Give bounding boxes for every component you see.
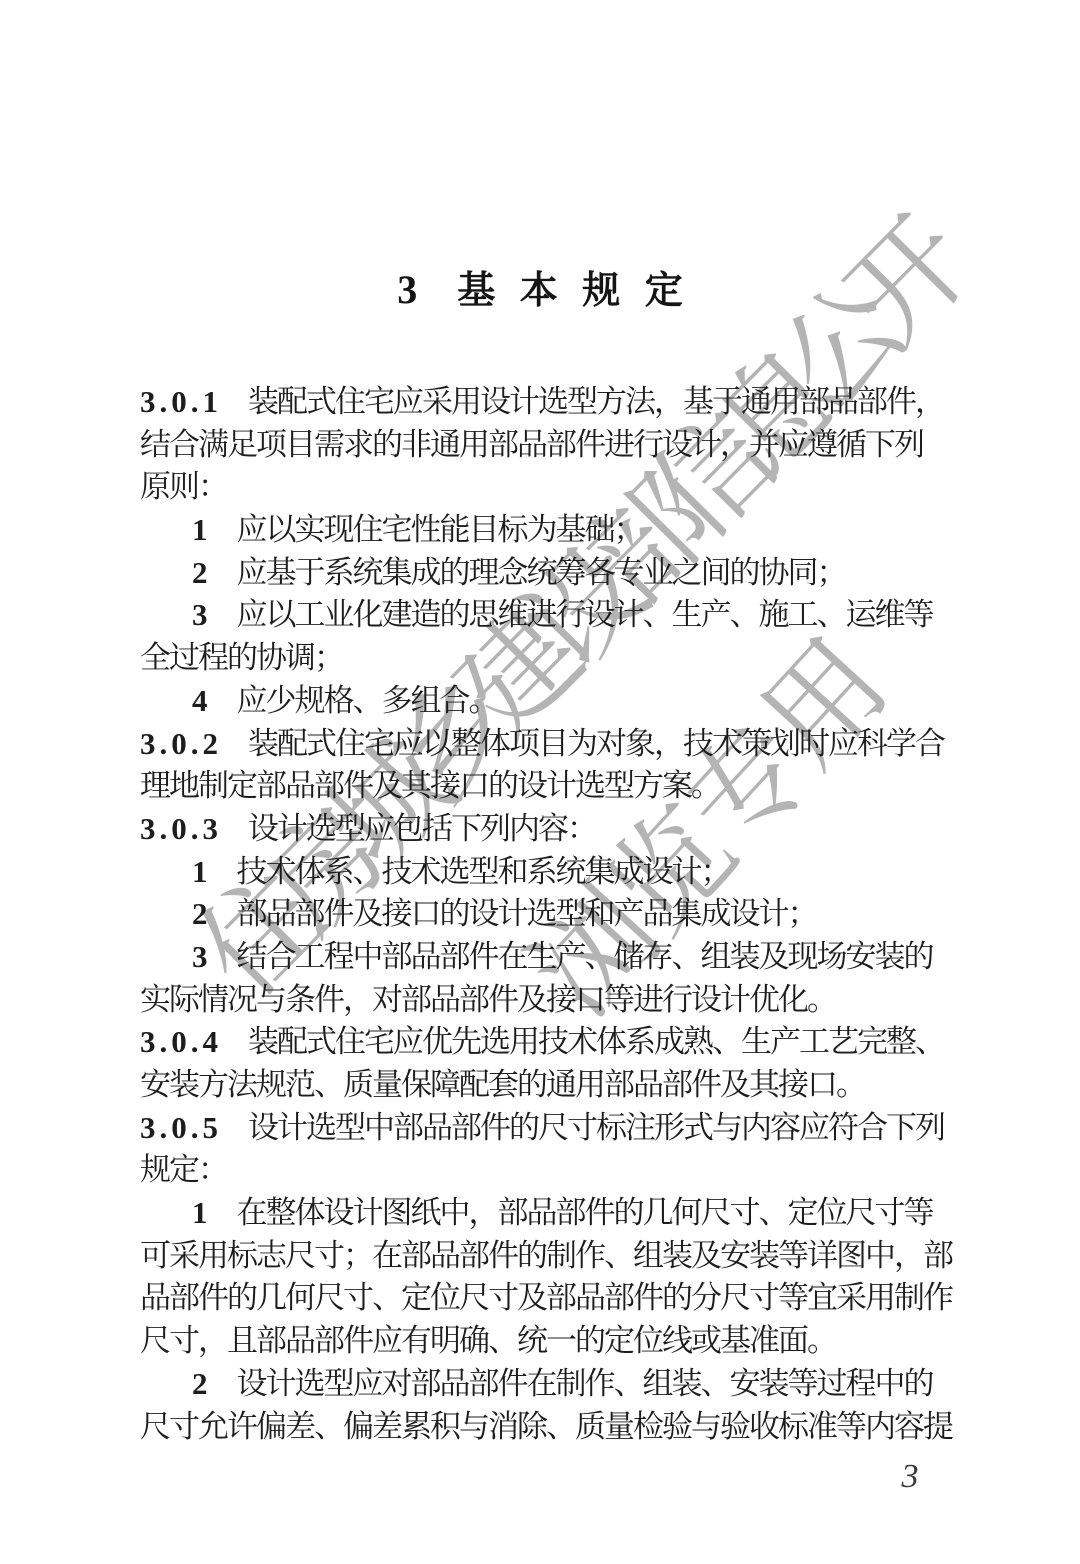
line-text: 部品部件及接口的设计选型和产品集成设计； bbox=[237, 896, 817, 931]
clause-number: 3.0.4 bbox=[140, 1024, 222, 1059]
clause-number: 3.0.3 bbox=[140, 811, 222, 846]
line-text: 应少规格、多组合。 bbox=[237, 683, 498, 718]
text-line-1: 1应以实现住宅性能目标为基础； bbox=[140, 509, 940, 552]
line-text: 尺寸，且部品部件应有明确、统一的定位线或基准面。 bbox=[140, 1323, 836, 1358]
line-text: 可采用标志尺寸；在部品部件的制作、组装及安装等详图中，部 bbox=[140, 1238, 952, 1273]
text-line-2: 2设计选型应对部品部件在制作、组装、安装等过程中的 bbox=[140, 1363, 940, 1406]
line-text: 装配式住宅应采用设计选型方法，基于通用部品部件， bbox=[248, 384, 944, 419]
line-text: 装配式住宅应优先选用技术体系成熟、生产工艺完整、 bbox=[248, 1024, 944, 1059]
item-number: 1 bbox=[192, 512, 208, 547]
item-number: 2 bbox=[192, 1366, 208, 1401]
text-line-3.0.4: 3.0.4装配式住宅应优先选用技术体系成熟、生产工艺完整、 bbox=[140, 1021, 940, 1064]
chapter-title-text: 基 本 规 定 bbox=[457, 270, 683, 312]
text-line: 原则： bbox=[140, 466, 940, 509]
line-text: 原则： bbox=[140, 469, 227, 504]
text-line: 结合满足项目需求的非通用部品部件进行设计，并应遵循下列 bbox=[140, 424, 940, 467]
clause-number: 3.0.2 bbox=[140, 726, 222, 761]
text-line: 尺寸允许偏差、偏差累积与消除、质量检验与验收标准等内容提 bbox=[140, 1406, 940, 1449]
line-text: 技术体系、技术选型和系统集成设计； bbox=[237, 854, 730, 889]
line-text: 在整体设计图纸中，部品部件的几何尺寸、定位尺寸等 bbox=[237, 1195, 933, 1230]
line-text: 设计选型应包括下列内容： bbox=[248, 811, 596, 846]
line-text: 安装方法规范、质量保障配套的通用部品部件及其接口。 bbox=[140, 1067, 865, 1102]
item-number: 2 bbox=[192, 555, 208, 590]
text-line-3.0.3: 3.0.3设计选型应包括下列内容： bbox=[140, 808, 940, 851]
text-line-3: 3应以工业化建造的思维进行设计、生产、施工、运维等 bbox=[140, 594, 940, 637]
clause-number: 3.0.1 bbox=[140, 384, 222, 419]
line-text: 设计选型中部品部件的尺寸标注形式与内容应符合下列 bbox=[248, 1110, 944, 1145]
line-text: 应基于系统集成的理念统筹各专业之间的协同； bbox=[237, 555, 846, 590]
item-number: 3 bbox=[192, 939, 208, 974]
line-text: 规定： bbox=[140, 1152, 227, 1187]
text-line: 品部件的几何尺寸、定位尺寸及部品部件的分尺寸等宜采用制作 bbox=[140, 1277, 940, 1320]
line-text: 应以实现住宅性能目标为基础； bbox=[237, 512, 643, 547]
text-line: 尺寸，且部品部件应有明确、统一的定位线或基准面。 bbox=[140, 1320, 940, 1363]
chapter-number: 3 bbox=[397, 267, 417, 312]
line-text: 结合满足项目需求的非通用部品部件进行设计，并应遵循下列 bbox=[140, 427, 923, 462]
document-page: 住房城乡建设部信息公开 浏览专用 3基 本 规 定 3.0.1装配式住宅应采用设… bbox=[0, 0, 1080, 1564]
text-line: 可采用标志尺寸；在部品部件的制作、组装及安装等详图中，部 bbox=[140, 1235, 940, 1278]
text-line-4: 4应少规格、多组合。 bbox=[140, 680, 940, 723]
text-line-3.0.2: 3.0.2装配式住宅应以整体项目为对象，技术策划时应科学合 bbox=[140, 723, 940, 766]
text-line: 实际情况与条件，对部品部件及接口等进行设计优化。 bbox=[140, 979, 940, 1022]
item-number: 3 bbox=[192, 597, 208, 632]
text-line-3: 3结合工程中部品部件在生产、储存、组装及现场安装的 bbox=[140, 936, 940, 979]
chapter-title: 3基 本 规 定 bbox=[0, 265, 1080, 315]
item-number: 2 bbox=[192, 896, 208, 931]
document-body: 3.0.1装配式住宅应采用设计选型方法，基于通用部品部件，结合满足项目需求的非通… bbox=[140, 381, 940, 1448]
item-number: 1 bbox=[192, 854, 208, 889]
text-line-2: 2部品部件及接口的设计选型和产品集成设计； bbox=[140, 893, 940, 936]
text-line-1: 1技术体系、技术选型和系统集成设计； bbox=[140, 851, 940, 894]
item-number: 4 bbox=[192, 683, 208, 718]
item-number: 1 bbox=[192, 1195, 208, 1230]
text-line-3.0.1: 3.0.1装配式住宅应采用设计选型方法，基于通用部品部件， bbox=[140, 381, 940, 424]
line-text: 品部件的几何尺寸、定位尺寸及部品部件的分尺寸等宜采用制作 bbox=[140, 1280, 952, 1315]
line-text: 设计选型应对部品部件在制作、组装、安装等过程中的 bbox=[237, 1366, 933, 1401]
page-number: 3 bbox=[880, 1458, 940, 1496]
line-text: 全过程的协调； bbox=[140, 640, 343, 675]
line-text: 结合工程中部品部件在生产、储存、组装及现场安装的 bbox=[237, 939, 933, 974]
line-text: 应以工业化建造的思维进行设计、生产、施工、运维等 bbox=[237, 597, 933, 632]
text-line: 理地制定部品部件及其接口的设计选型方案。 bbox=[140, 765, 940, 808]
text-line: 规定： bbox=[140, 1149, 940, 1192]
text-line-2: 2应基于系统集成的理念统筹各专业之间的协同； bbox=[140, 552, 940, 595]
text-line-1: 1在整体设计图纸中，部品部件的几何尺寸、定位尺寸等 bbox=[140, 1192, 940, 1235]
line-text: 尺寸允许偏差、偏差累积与消除、质量检验与验收标准等内容提 bbox=[140, 1409, 952, 1444]
line-text: 理地制定部品部件及其接口的设计选型方案。 bbox=[140, 768, 720, 803]
line-text: 装配式住宅应以整体项目为对象，技术策划时应科学合 bbox=[248, 726, 944, 761]
text-line: 安装方法规范、质量保障配套的通用部品部件及其接口。 bbox=[140, 1064, 940, 1107]
text-line-3.0.5: 3.0.5设计选型中部品部件的尺寸标注形式与内容应符合下列 bbox=[140, 1107, 940, 1150]
line-text: 实际情况与条件，对部品部件及接口等进行设计优化。 bbox=[140, 982, 836, 1017]
clause-number: 3.0.5 bbox=[140, 1110, 222, 1145]
text-line: 全过程的协调； bbox=[140, 637, 940, 680]
